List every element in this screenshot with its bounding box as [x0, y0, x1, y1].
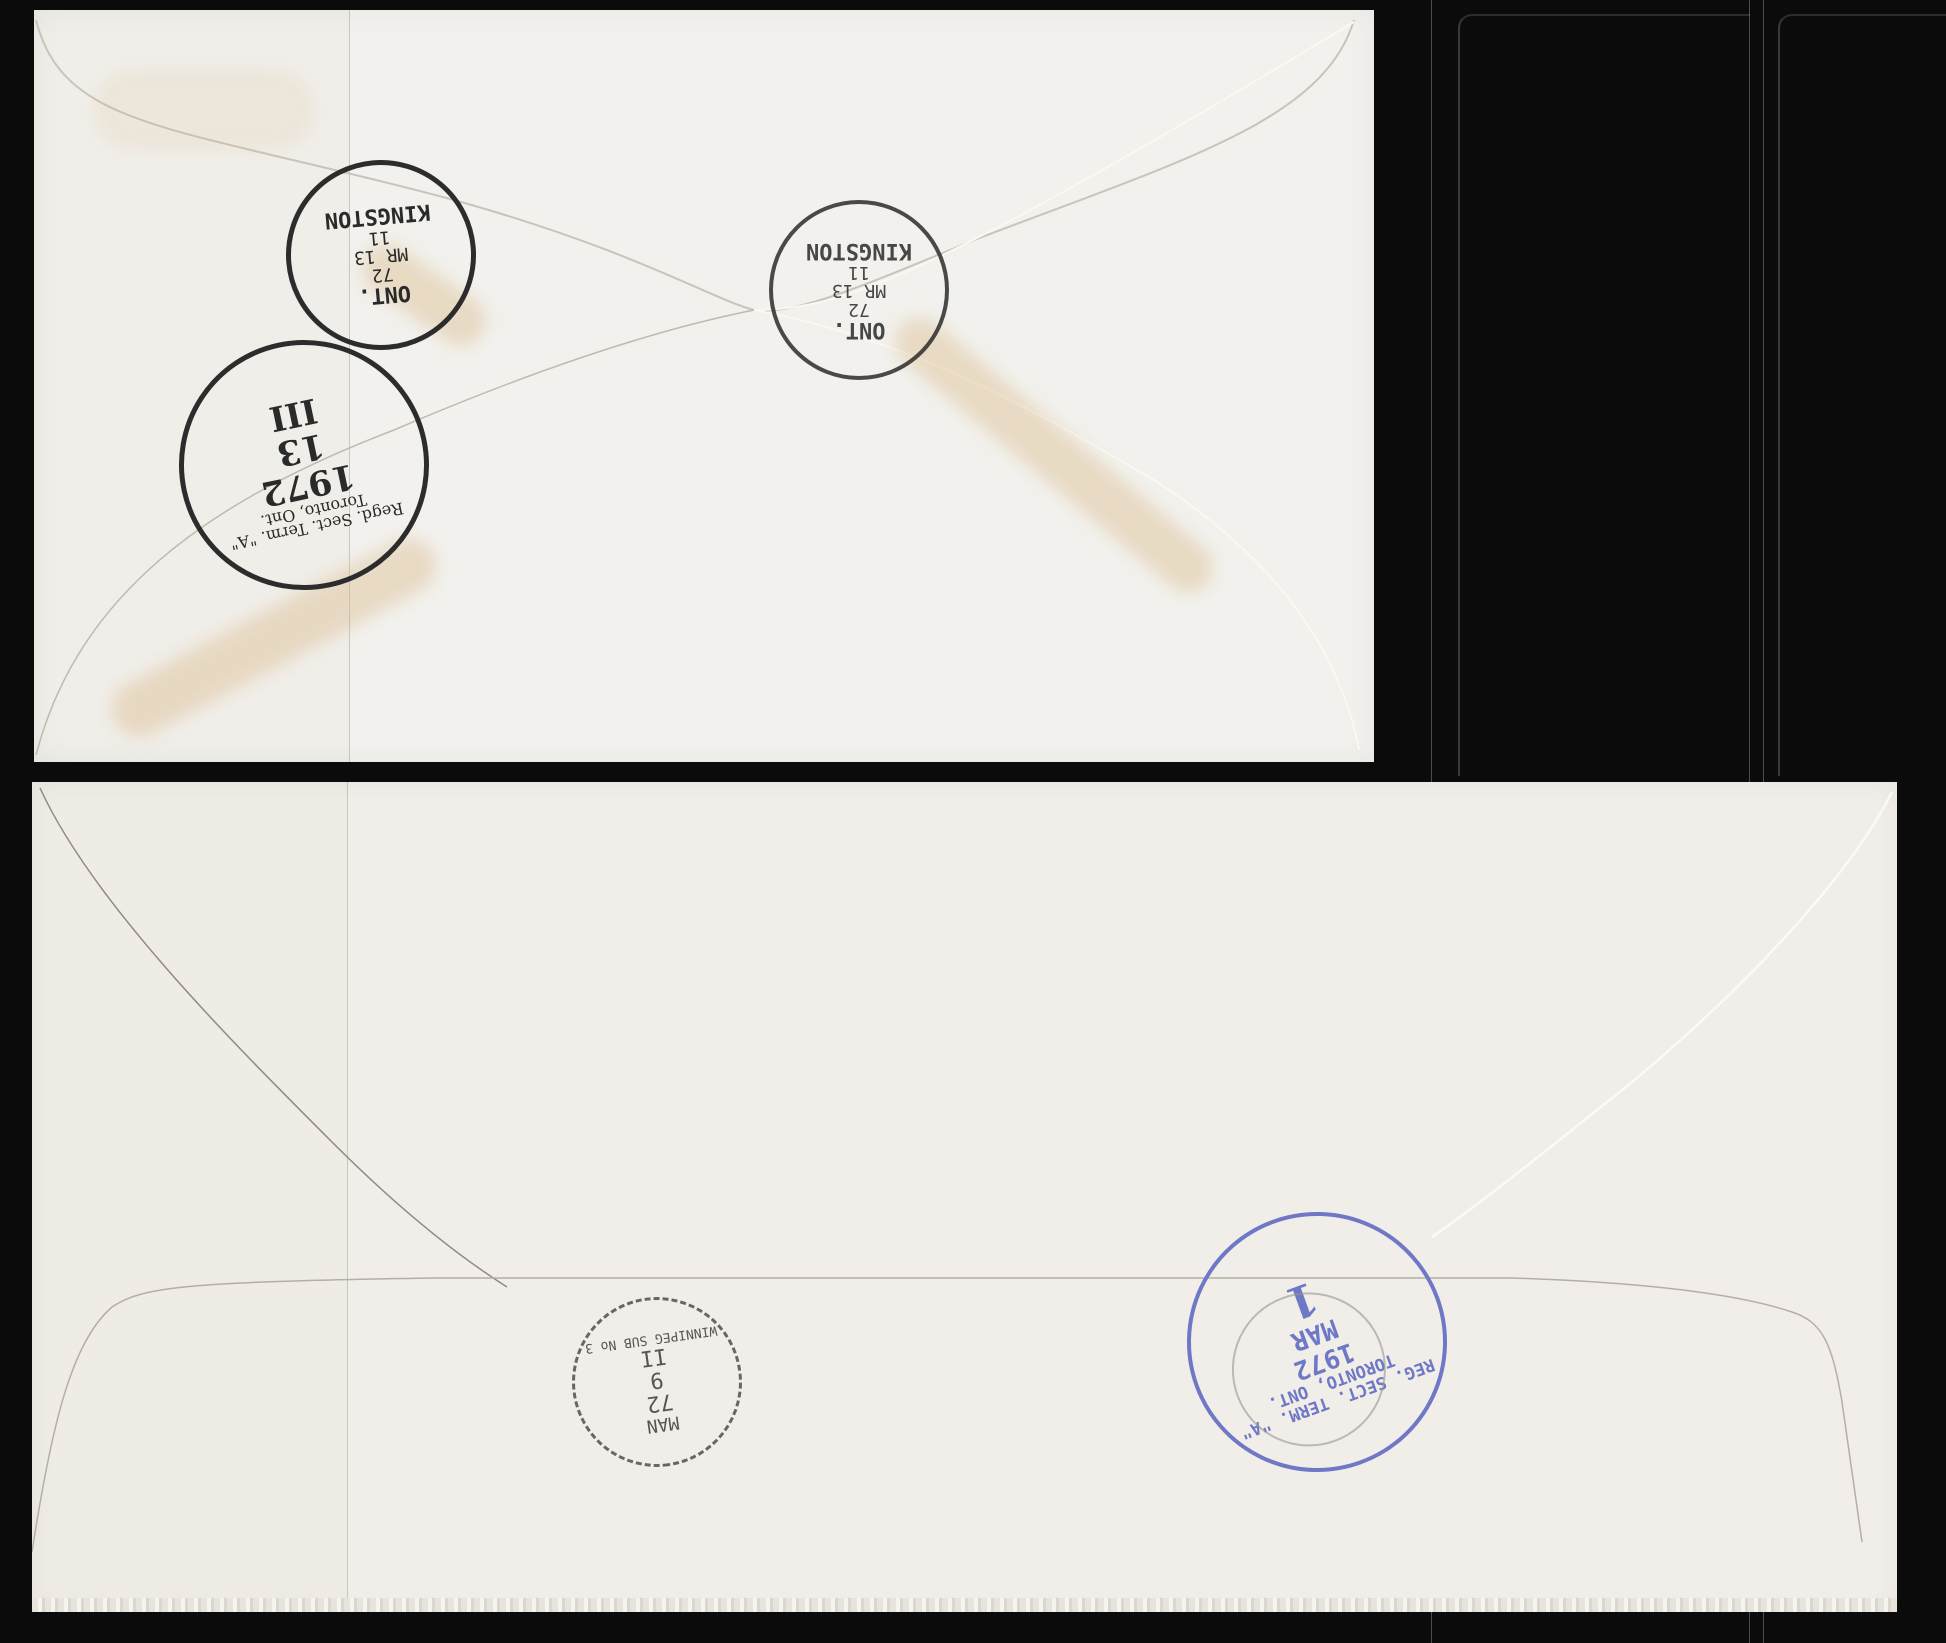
postmark-kingston-right: ONT. 72 MR 13 11 KINGSTON — [769, 200, 949, 380]
torn-edge — [32, 1598, 1897, 1612]
envelope-top: ONT. 72 MR 13 11 KINGSTON Regd. Sect. Te… — [34, 10, 1374, 762]
postmark-ring — [769, 200, 949, 380]
stain-mark — [94, 70, 314, 150]
stockcard-strip — [1458, 14, 1750, 776]
envelope-flap-lines — [32, 782, 1897, 1612]
envelope-bottom: MAN 72 9 II WINNIPEG SUB No 3 REG. SECT.… — [32, 782, 1897, 1612]
stockcard-strip — [1778, 14, 1946, 776]
